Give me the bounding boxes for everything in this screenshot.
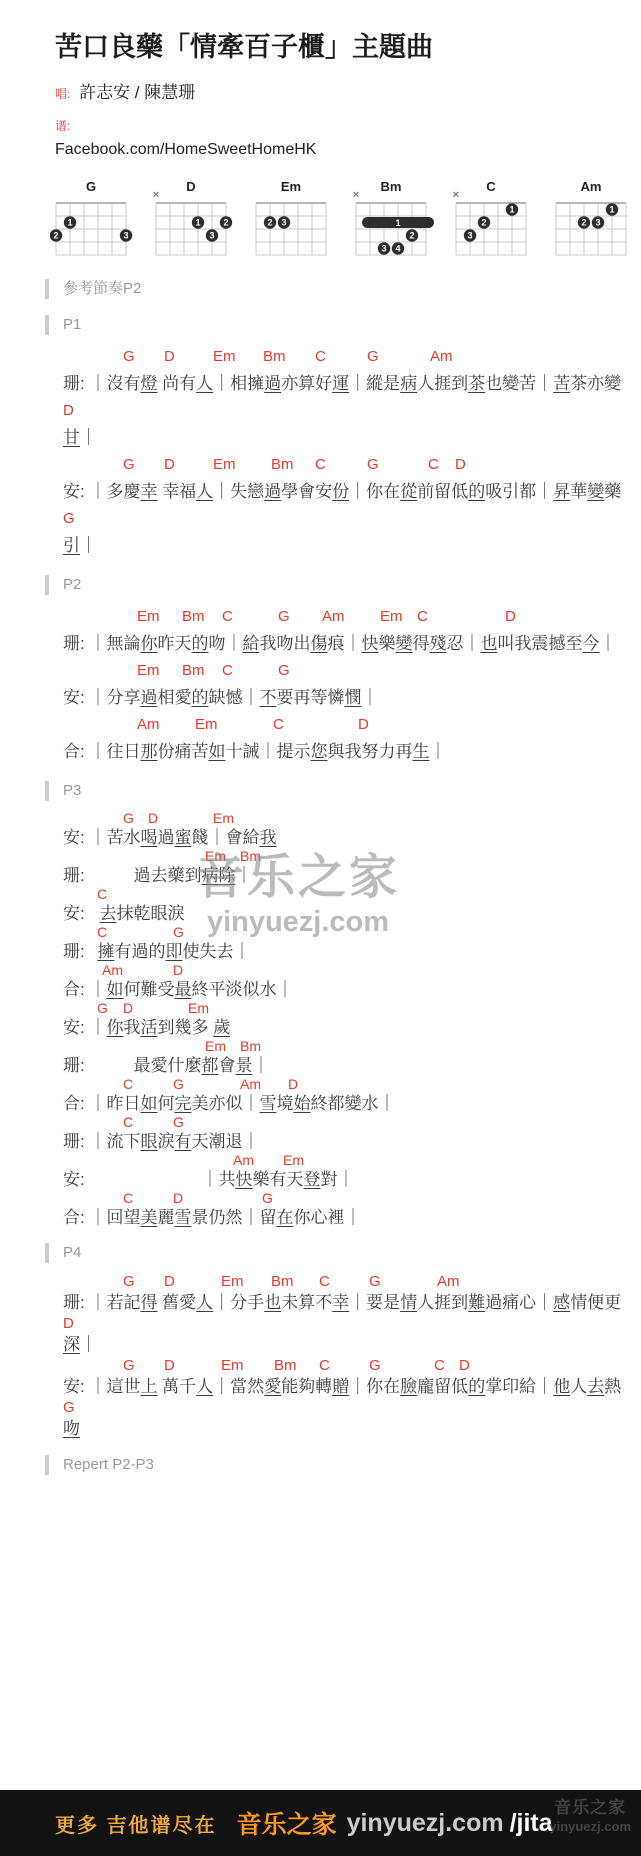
singer-prefix: 珊: [63,1132,89,1151]
chord-Bm: Bm [271,451,294,478]
chord-diagram-Em: Em23 [250,179,338,263]
chord-G: G [123,1271,135,1292]
singer-prefix: 安: [63,1170,89,1189]
chord-G: G [262,1189,273,1208]
chord-G: G [369,1355,381,1376]
chord-diagrams: G123D×123Em23Bm×1234C×123Am123 [50,179,641,263]
chord-C: C [123,1189,133,1208]
chord-Em: Em [205,847,226,866]
chord-line: GDEm [0,999,641,1018]
chord-Am: Am [322,603,345,630]
chord-G: G [367,343,379,370]
chord-line: D [0,1313,641,1334]
chord-G: G [97,999,108,1018]
singer-prefix: 合: [63,980,89,999]
singer-names: 許志安 / 陳慧珊 [79,83,195,102]
chord-Am: Am [240,1075,261,1094]
chord-Am: Am [430,343,453,370]
lyric-line: 珊: 過去藥到病除｜ [0,866,641,885]
chord-D: D [358,711,369,738]
svg-text:3: 3 [123,231,128,241]
facebook-link[interactable]: Facebook.com/HomeSweetHomeHK [55,141,641,159]
lyric-line: 合: ｜如何難受最終平淡似水｜ [0,980,641,999]
singer-prefix: 安: [63,1377,89,1396]
chord-Am: Am [233,1151,254,1170]
chord-Bm: Bm [274,1355,297,1376]
chord-line: AmEm [0,1151,641,1170]
lyric-line: 珊: 最愛什麼都會景｜ [0,1056,641,1075]
singer-prefix: 珊: [63,1056,89,1075]
lyric-line: 珊: ｜流下眼淚有天潮退｜ [0,1132,641,1151]
chord-C: C [319,1271,330,1292]
chord-diagram-G: G123 [50,179,138,263]
chord-line: CGAmD [0,1075,641,1094]
chord-Am: Am [137,711,160,738]
lyric-line: 引｜ [0,532,641,559]
lyric-line: 安: ｜你我活到幾多 歲 [0,1018,641,1037]
chord-Bm: Bm [182,657,205,684]
chord-D: D [148,809,158,828]
chord-D: D [288,1075,298,1094]
svg-text:2: 2 [581,218,586,228]
chord-D: D [63,397,74,424]
chord-C: C [222,603,233,630]
svg-text:2: 2 [223,218,228,228]
chord-D: D [164,451,175,478]
singer-prefix: 珊: [63,1293,89,1312]
tab-row: 谱: [55,115,641,135]
song: 參考節奏P2P1GDEmBmCGAm珊: ｜沒有燈 尚有人｜相擁過亦算好運｜縱是… [0,279,641,1475]
chord-diagram-C: C×123 [450,179,538,263]
singer-row: 唱: 許志安 / 陳慧珊 [55,78,641,103]
chord-G: G [278,657,290,684]
svg-text:C: C [486,179,496,194]
lyric-line: 安: ｜苦水喝過蜜餞｜會給我 [0,828,641,847]
chord-C: C [123,1113,133,1132]
chord-D: D [505,603,516,630]
chord-Em: Em [188,999,209,1018]
chord-Em: Em [213,809,234,828]
chord-D: D [123,999,133,1018]
svg-text:3: 3 [209,231,214,241]
footer-domain[interactable]: yinyuezj.com [347,1809,504,1838]
chord-G: G [123,1355,135,1376]
chord-D: D [459,1355,470,1376]
chord-D: D [164,1355,175,1376]
svg-text:2: 2 [481,218,486,228]
singer-prefix: 安: [63,688,89,707]
lyric-line: 安: ｜多慶幸 幸福人｜失戀過學會安份｜你在從前留低的吸引都｜昇華變藥 [0,478,641,505]
lyric-line: 珊: ｜沒有燈 尚有人｜相擁過亦算好運｜縱是病人捱到茶也變苦｜苦茶亦變 [0,370,641,397]
chord-line: AmEmCD [0,711,641,738]
chord-line: GDEmBmCGCD [0,451,641,478]
section-label-p3: P3 [45,781,641,801]
chord-Em: Em [283,1151,304,1170]
lyric-line: 吻 [0,1418,641,1439]
chord-C: C [319,1355,330,1376]
singer-prefix: 安: [63,482,89,501]
lyric-line: 珊: 擁有過的即使失去｜ [0,942,641,961]
footer-watermark-domain: yinyuezj.com [549,1819,631,1834]
chord-Em: Em [137,657,160,684]
section-label-p4: P4 [45,1243,641,1263]
chord-Em: Em [137,603,160,630]
chord-G: G [367,451,379,478]
footer-brand: 音乐之家 [237,1805,337,1841]
chord-Am: Am [437,1271,460,1292]
chord-Em: Em [205,1037,226,1056]
singer-prefix: 珊: [63,866,89,885]
lyric-line: 珊: ｜無論你昨天的吻｜給我吻出傷痕｜快樂變得殘忍｜也叫我震撼至今｜ [0,630,641,657]
chord-line: EmBm [0,1037,641,1056]
chord-diagram-Bm: Bm×1234 [350,179,438,263]
chord-G: G [63,1397,75,1418]
chord-G: G [123,451,135,478]
lyric-line: 安: ｜共快樂有天登對｜ [0,1170,641,1189]
svg-text:2: 2 [409,231,414,241]
svg-text:2: 2 [53,231,58,241]
svg-text:Bm: Bm [381,179,402,194]
chord-line: EmBmCG [0,657,641,684]
singer-prefix: 合: [63,1208,89,1227]
chord-G: G [173,1075,184,1094]
footer-watermark: 音乐之家 yinyuezj.com [549,1798,631,1836]
chord-C: C [315,451,326,478]
chord-Em: Em [213,451,236,478]
svg-text:D: D [186,179,195,194]
chord-D: D [173,1189,183,1208]
chord-C: C [428,451,439,478]
chord-line: CG [0,923,641,942]
chord-D: D [173,961,183,980]
muted-string-x-icon: × [453,189,459,201]
lyric-line: 安: ｜這世上 萬千人｜當然愛能夠轉贈｜你在臉龐留低的掌印給｜他人去熱 [0,1376,641,1397]
muted-string-x-icon: × [353,189,359,201]
chord-line: D [0,397,641,424]
chord-G: G [123,809,134,828]
section-label-p1: P1 [45,315,641,335]
chord-D: D [455,451,466,478]
lyric-line: 合: ｜往日那份痛苦如十誡｜提示您與我努力再生｜ [0,738,641,765]
chord-C: C [434,1355,445,1376]
chord-G: G [123,343,135,370]
lyric-line: 合: ｜昨日如何完美亦似｜雪境始終都變水｜ [0,1094,641,1113]
page-title: 苦口良藥「情牽百子櫃」主題曲 [55,28,467,66]
singer-prefix: 合: [63,742,89,761]
singer-prefix: 安: [63,828,89,847]
chord-Bm: Bm [240,847,261,866]
chord-Bm: Bm [240,1037,261,1056]
section-label-p2: P2 [45,575,641,595]
header: 苦口良藥「情牽百子櫃」主題曲 唱: 許志安 / 陳慧珊 谱: Facebook.… [0,0,641,159]
chord-line: GDEmBmCGAm [0,343,641,370]
lyric-line: 合: ｜回望美麗雪景仍然｜留在你心裡｜ [0,1208,641,1227]
chord-Em: Em [213,343,236,370]
lyric-line: 安: 去抹乾眼淚 [0,904,641,923]
singer-prefix: 珊: [63,374,89,393]
chord-C: C [273,711,284,738]
footer-slogan: 更多 吉他谱尽在 [55,1809,217,1838]
muted-string-x-icon: × [153,189,159,201]
sing-label: 唱: [55,87,70,101]
chord-diagram-Am: Am123 [550,179,638,263]
singer-prefix: 珊: [63,942,89,961]
footer-path: /jita [510,1809,553,1838]
section-label-rep: Repert P2-P3 [45,1455,641,1475]
chord-line: GDEmBmCGAm [0,1271,641,1292]
lyric-line: 深｜ [0,1334,641,1355]
svg-text:1: 1 [195,218,200,228]
svg-text:1: 1 [609,205,614,215]
chord-line: C [0,885,641,904]
chord-Em: Em [221,1271,244,1292]
chord-line: CDG [0,1189,641,1208]
singer-prefix: 合: [63,1094,89,1113]
svg-text:Am: Am [581,179,602,194]
chord-C: C [222,657,233,684]
chord-Am: Am [102,961,123,980]
chord-C: C [123,1075,133,1094]
svg-text:3: 3 [595,218,600,228]
svg-text:3: 3 [467,231,472,241]
svg-text:2: 2 [267,218,272,228]
chord-C: C [97,923,107,942]
chord-Bm: Bm [263,343,286,370]
chord-Bm: Bm [182,603,205,630]
chord-Em: Em [195,711,218,738]
chord-C: C [97,885,107,904]
chord-line: EmBm [0,847,641,866]
chord-D: D [63,1313,74,1334]
chord-G: G [173,1113,184,1132]
chord-G: G [63,505,75,532]
svg-text:G: G [86,179,96,194]
svg-text:1: 1 [509,205,514,215]
chord-Bm: Bm [271,1271,294,1292]
svg-text:1: 1 [395,218,400,228]
singer-prefix: 珊: [63,634,89,653]
chord-line: CG [0,1113,641,1132]
chord-Em: Em [380,603,403,630]
chord-line: G [0,1397,641,1418]
svg-text:Em: Em [281,179,301,194]
chord-C: C [315,343,326,370]
svg-text:4: 4 [395,244,400,254]
lyric-line: 安: ｜分享過相愛的缺憾｜不要再等憐憫｜ [0,684,641,711]
chord-line: G [0,505,641,532]
chord-diagram-D: D×123 [150,179,238,263]
chord-G: G [369,1271,381,1292]
lyric-line: 珊: ｜若記得 舊愛人｜分手也未算不幸｜要是情人捱到難過痛心｜感情便更 [0,1292,641,1313]
chord-line: AmD [0,961,641,980]
chord-line: GDEm [0,809,641,828]
svg-text:1: 1 [67,218,72,228]
lyric-line: 甘｜ [0,424,641,451]
chord-C: C [417,603,428,630]
footer-banner: 更多 吉他谱尽在 音乐之家 yinyuezj.com /jita 音乐之家 yi… [0,1790,641,1856]
chord-D: D [164,1271,175,1292]
svg-text:3: 3 [381,244,386,254]
singer-prefix: 安: [63,904,89,923]
chord-G: G [173,923,184,942]
footer-watermark-brand: 音乐之家 [554,1798,626,1817]
chord-G: G [278,603,290,630]
svg-text:3: 3 [281,218,286,228]
chord-line: GDEmBmCGCD [0,1355,641,1376]
section-label-ref: 參考節奏P2 [45,279,641,299]
singer-prefix: 安: [63,1018,89,1037]
chord-Em: Em [221,1355,244,1376]
chord-line: EmBmCGAmEmCD [0,603,641,630]
tab-label: 谱: [55,119,70,133]
chord-D: D [164,343,175,370]
